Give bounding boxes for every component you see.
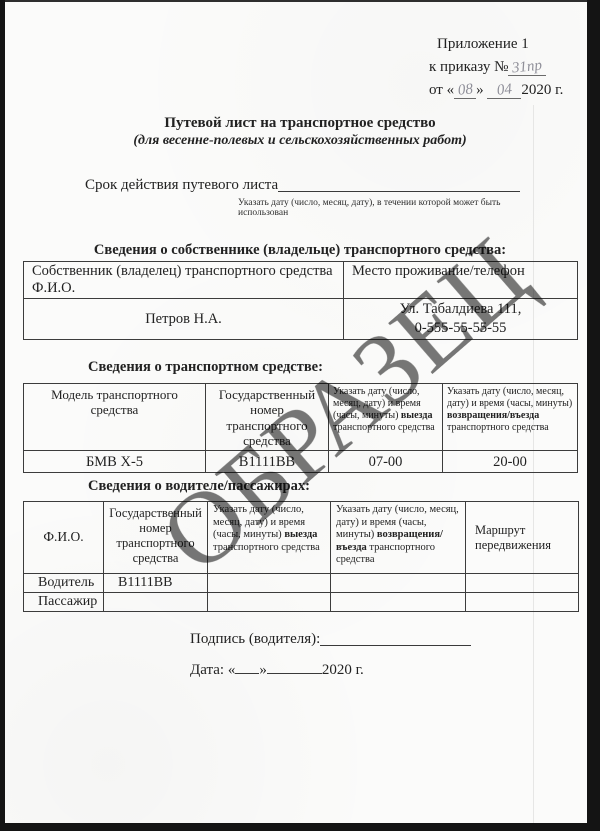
signature-line: Подпись (водителя): — [190, 631, 471, 648]
vehicle-departure-header: Указать дату (число, месяц, дату) и врем… — [329, 384, 443, 451]
vehicle-return-header: Указать дату (число, месяц, дату) и врем… — [443, 384, 578, 451]
scanned-waybill-page: ОБРАЗЕЦ Приложение 1 к приказу №31пр от … — [0, 0, 600, 831]
validity-note: Указать дату (число, месяц, дату), в теч… — [238, 198, 542, 218]
validity-line: Срок действия путевого листа — [85, 177, 520, 194]
appendix-header: Приложение 1 к приказу №31пр от «08» 042… — [429, 33, 563, 102]
signature-blank-line — [320, 631, 471, 646]
validity-label: Срок действия путевого листа — [85, 177, 278, 194]
driver-route-cell — [466, 574, 579, 593]
vehicle-plate-cell: В1111ВВ — [206, 451, 329, 473]
driver-route-header: Маршрут передвижения — [466, 502, 579, 574]
driver-departure-header: Указать дату (число, месяц, дату) и врем… — [208, 502, 331, 574]
driver-section-heading: Сведения о водителе/пассажирах: — [88, 478, 310, 495]
passenger-departure-cell — [208, 593, 331, 612]
order-date-line: от «08» 042020 г. — [429, 79, 563, 102]
date-close: » — [259, 662, 267, 678]
driver-fio-cell: Водитель — [24, 574, 104, 593]
vehicle-table-header-row: Модель транспортного средства Государств… — [24, 384, 578, 451]
driver-plate-cell: В1111ВВ — [104, 574, 208, 593]
order-line: к приказу №31пр — [429, 56, 563, 79]
date-year: 2020 г. — [521, 82, 563, 98]
driver-plate-header: Государственный номер транспортного сред… — [104, 502, 208, 574]
vehicle-plate-header: Государственный номер транспортного сред… — [206, 384, 329, 451]
date-prefix: от « — [429, 82, 454, 98]
document-title: Путевой лист на транспортное средство — [0, 115, 600, 132]
driver-return-cell — [331, 574, 466, 593]
validity-blank-line — [278, 177, 520, 192]
signature-label: Подпись (водителя): — [190, 631, 320, 648]
passenger-return-cell — [331, 593, 466, 612]
passenger-fio-cell: Пассажир — [24, 593, 104, 612]
driver-departure-cell — [208, 574, 331, 593]
order-number-handwritten: 31пр — [508, 60, 546, 76]
owner-table-header-row: Собственник (владелец) транспортного сре… — [24, 262, 578, 299]
owner-col1-header: Собственник (владелец) транспортного сре… — [24, 262, 344, 299]
vehicle-section-heading: Сведения о транспортном средстве: — [88, 359, 323, 376]
vehicle-return-cell: 20-00 — [443, 451, 578, 473]
owner-table: Собственник (владелец) транспортного сре… — [23, 261, 578, 340]
driver-return-header: Указать дату (число, месяц, дату) и врем… — [331, 502, 466, 574]
owner-section-heading: Сведения о собственнике (владельце) тран… — [0, 242, 600, 259]
driver-table: Ф.И.О. Государственный номер транспортно… — [23, 501, 579, 612]
vehicle-model-header: Модель транспортного средства — [24, 384, 206, 451]
vehicle-table: Модель транспортного средства Государств… — [23, 383, 578, 473]
driver-row: Водитель В1111ВВ — [24, 574, 579, 593]
date-year-label: 2020 г. — [322, 662, 364, 678]
scan-border-top — [0, 0, 600, 2]
owner-table-data-row: Петров Н.А. Ул. Табалдиева 111, 0-555-55… — [24, 299, 578, 340]
scan-border-bottom — [0, 823, 600, 831]
date-month-handwritten: 04 — [487, 83, 521, 99]
date-day-handwritten: 08 — [454, 83, 476, 99]
owner-name-cell: Петров Н.А. — [24, 299, 344, 340]
document-subtitle: (для весенне-полевых и сельскохозяйствен… — [0, 133, 600, 149]
vehicle-departure-cell: 07-00 — [329, 451, 443, 473]
date-close-quote: » — [476, 82, 484, 98]
vehicle-table-data-row: БМВ Х-5 В1111ВВ 07-00 20-00 — [24, 451, 578, 473]
date-day-blank — [235, 659, 259, 674]
passenger-plate-cell — [104, 593, 208, 612]
date-month-blank — [267, 659, 322, 674]
vehicle-model-cell: БМВ Х-5 — [24, 451, 206, 473]
driver-table-header-row: Ф.И.О. Государственный номер транспортно… — [24, 502, 579, 574]
order-prefix: к приказу № — [429, 59, 508, 75]
owner-address-cell: Ул. Табалдиева 111, 0-555-55-55-55 — [344, 299, 578, 340]
date-label: Дата: « — [190, 662, 235, 678]
appendix-line: Приложение 1 — [429, 33, 563, 56]
owner-col2-header: Место проживание/телефон — [344, 262, 578, 299]
driver-fio-header: Ф.И.О. — [24, 502, 104, 574]
passenger-route-cell — [466, 593, 579, 612]
passenger-row: Пассажир — [24, 593, 579, 612]
date-line: Дата: «»2020 г. — [190, 659, 364, 679]
